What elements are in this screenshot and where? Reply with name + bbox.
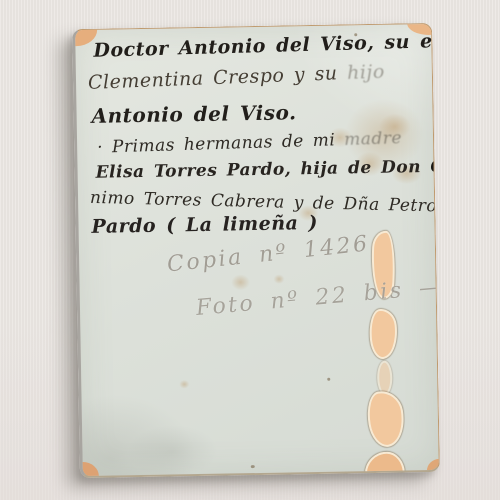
handwriting-line-3: Antonio del Viso. [91,100,296,128]
handwriting-text: Clementina Crespo y su [88,62,348,94]
photo-card-verso: Doctor Antonio del Viso, su esposa Cleme… [72,23,440,478]
handwriting-line-1: Doctor Antonio del Viso, su esposa [93,29,440,62]
handwriting-line-2: Clementina Crespo y su hijo [88,61,386,94]
smudge [112,415,233,478]
corner-chip-bottom-left [79,462,99,478]
pencil-note-copy-number: Copia nº 1426 [166,231,371,277]
handwriting-line-7: Pardo ( La limeña ) [91,212,318,238]
handwriting-text-heavy: Gero— [430,156,440,177]
stain [177,378,191,390]
peel-damage-bottom-edge [365,451,405,474]
handwriting-text: · Primas hermanas de mi [97,130,345,158]
handwriting-text-faded: madre [344,128,402,150]
handwriting-text-faded: hijo [347,61,385,84]
photo-background: Doctor Antonio del Viso, su esposa Cleme… [0,0,500,500]
speck [251,465,255,468]
peel-damage [377,361,393,395]
peel-damage [364,388,408,449]
stain [227,271,253,293]
stain [271,272,286,285]
corner-chip-bottom-right [427,459,440,474]
peel-damage [367,307,400,360]
speck [327,378,330,381]
